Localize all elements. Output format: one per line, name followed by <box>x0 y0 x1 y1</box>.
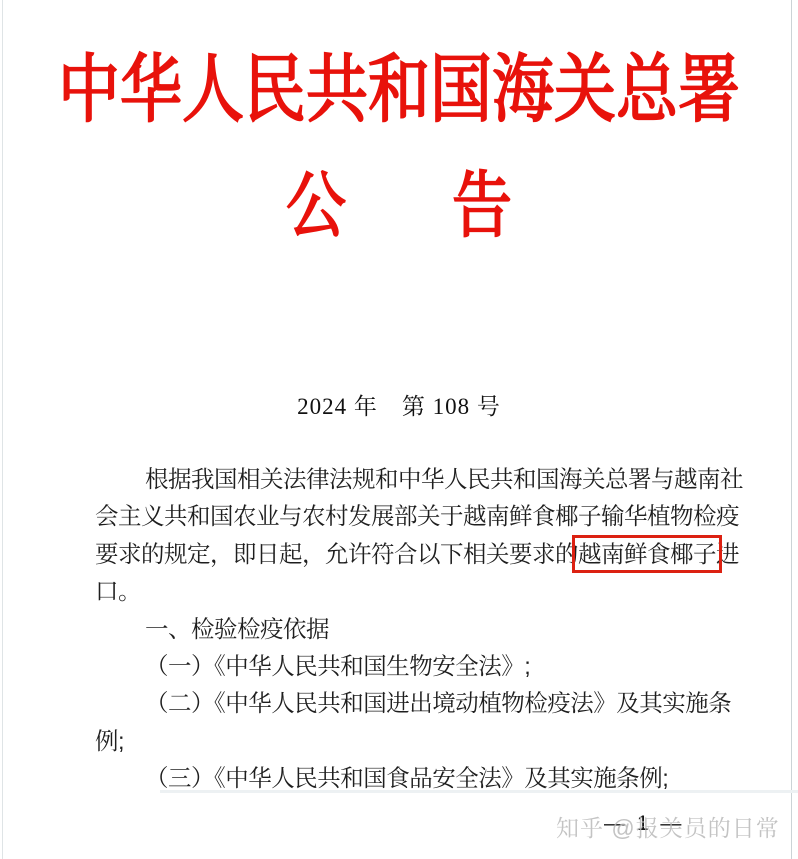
document-number: 2024 年 第 108 号 <box>0 388 798 421</box>
subtitle-char-gao: 告 <box>452 167 512 246</box>
document-subtitle: 公 告 <box>0 167 798 246</box>
highlight-box: 越南鲜食椰子 <box>578 541 716 567</box>
body-line-segment: 进 <box>716 541 739 567</box>
body-line: 口。 <box>95 573 740 610</box>
document-body: 根据我国相关法律法规和中华人民共和国海关总署与越南社 会主义共和国农业与农村发展… <box>95 461 740 798</box>
body-line: 会主义共和国农业与农村发展部关于越南鲜食椰子输华植物检疫 <box>95 498 740 535</box>
list-item: （一）《中华人民共和国生物安全法》; <box>95 648 740 685</box>
body-line-segment: 要求的规定，即日起，允许符合以下相关要求的 <box>95 541 578 567</box>
list-item-continuation: 例; <box>95 723 740 760</box>
body-line: 根据我国相关法律法规和中华人民共和国海关总署与越南社 <box>95 461 740 498</box>
list-item: （三）《中华人民共和国食品安全法》及其实施条例; <box>95 760 740 797</box>
list-item: （二）《中华人民共和国进出境动植物检疫法》及其实施条 <box>95 685 740 722</box>
body-line: 要求的规定，即日起，允许符合以下相关要求的越南鲜食椰子进 <box>95 536 740 573</box>
document-title: 中华人民共和国海关总署 <box>0 50 798 132</box>
zhihu-watermark: 知乎 @报关员的日常 <box>556 810 780 843</box>
section-heading: 一、检验检疫依据 <box>95 611 740 648</box>
subtitle-char-gong: 公 <box>286 167 346 246</box>
